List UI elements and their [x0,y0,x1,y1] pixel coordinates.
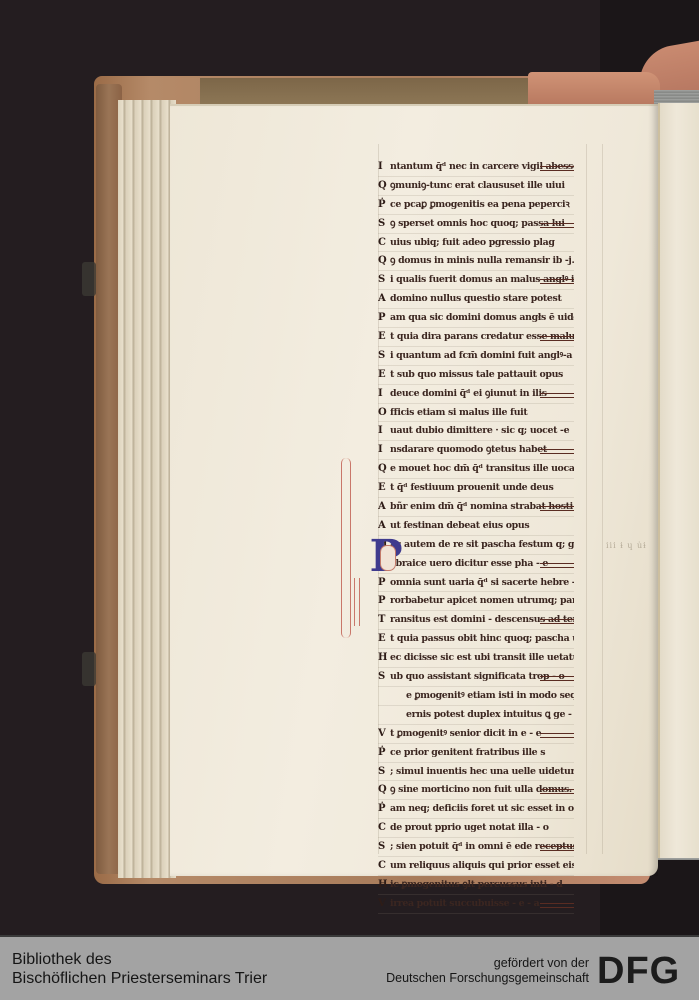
line-text: t sub quo missus tale pattauit opus [390,369,563,380]
institution-line-1: Bibliothek des [12,950,267,969]
line-initial-letter: C [378,857,390,875]
manuscript-line: Cum reliquus aliquis qui prior esset eis… [378,857,574,876]
manuscript-line: Transitus est domini - descensus ad terr… [378,611,574,630]
line-filler-stroke [540,223,574,228]
manuscript-line: S; simul inuentis hec una uelle uidetur [378,763,574,782]
binding-top-band [200,78,530,104]
attribution-banner: Bibliothek des Bischöflichen Priestersem… [0,935,699,1000]
pen-flourish [354,578,360,626]
line-text: nsdarare quomodo ꝯtetus habet [390,444,547,455]
manuscript-line: Hic ꝑmogenitus ꝯlt percussus inti - d [378,876,574,895]
line-text: um reliquus aliquis qui prior esset eis. [390,860,574,871]
manuscript-line: Virrea potuit succubuisse - e - a [378,895,574,914]
line-initial-letter: Ṗ [378,800,390,818]
line-initial-letter: Ṗ [378,196,390,214]
line-text: ꝯmuniꝯ-tunc erat claususet ille uiui [390,180,565,191]
line-initial-letter: V [378,725,390,743]
line-initial-letter: S [378,347,390,365]
line-text: ebraice uero dicitur esse pha - e [390,558,548,569]
line-text: rorbabetur apicet nomen utrumq; pares [390,595,574,606]
line-initial-letter: I [378,422,390,440]
line-initial-letter: P [378,592,390,610]
line-text: t quia passus obit hinc quoq; pascha uen… [390,633,574,644]
line-filler-stroke [540,506,574,511]
line-text: ub quo assistant significata trop - o [390,671,564,682]
line-initial-letter: A [378,290,390,308]
manuscript-line: ernis potest duplex intuitus ꝗ ge - i [378,706,574,725]
line-text: t ꝑmogenitꝰ senior dicit in e - e [390,728,541,739]
manuscript-line: Ṗce prior genitent fratribus ille s [378,744,574,763]
clasp-icon [82,652,96,686]
line-text: omnia sunt uaria q̄ᵈ si sacerte hebre - … [390,577,574,588]
manuscript-line: Pam qua sic domini domus angłs ē uidetᵘʳ [378,309,574,328]
manuscript-line: Qe mouet hoc dm̄ q̄ᵈ transitus ille uoca… [378,460,574,479]
manuscript-line: Sꝯ sperset omnis hoc quoq; passa lui [378,215,574,234]
line-filler-stroke [540,449,574,454]
line-initial-letter: E [378,630,390,648]
line-initial-letter: P [378,309,390,327]
line-initial-letter: S [378,838,390,856]
line-initial-letter: E [378,366,390,384]
manuscript-line: Vt ꝑmogenitꝰ senior dicit in e - e [378,725,574,744]
manuscript-line: Insdarare quomodo ꝯtetus habet [378,441,574,460]
line-text: ac autem de re sit pascha festum q; gre … [390,539,574,550]
clasp-icon [82,262,96,296]
line-text: domino nullus questio stare potest [390,293,561,304]
line-initial-letter: H [378,876,390,894]
line-text: t q̄ᵈ festiuum prouenit unde deus [390,482,553,493]
line-text: uaut dubio dimittere · sic q; uocet -e [390,425,569,436]
line-text: ce prior genitent fratribus ille s [390,747,545,758]
manuscript-line: Pomnia sunt uaria q̄ᵈ si sacerte hebre -… [378,574,574,593]
line-initial-letter: S [378,215,390,233]
line-text: ernis potest duplex intuitus ꝗ ge - i [406,709,574,720]
page-stack [118,100,176,878]
manuscript-scan: Intantum q̄ᵈ nec in carcere vigil abesse… [0,0,699,935]
line-initial-letter: I [378,385,390,403]
line-initial-letter: O [378,404,390,422]
manuscript-line: e ꝑmogenitꝰ etiam isti in modo sequentes [378,687,574,706]
line-initial-letter: Q [378,252,390,270]
gutter-shadow [648,104,658,876]
line-initial-letter: S [378,668,390,686]
manuscript-line: Et quia dira parans credatur esse malus [378,328,574,347]
line-initial-letter: E [378,479,390,497]
line-initial-letter: T [378,611,390,629]
manuscript-line: Officis etiam si malus ille fuit [378,404,574,423]
line-text: uius ubiq; fuit adeo pgressio plag [390,237,555,248]
funding-line-2: Deutschen Forschungsgemeinschaft [386,971,589,986]
line-text: e mouet hoc dm̄ q̄ᵈ transitus ille uocat… [390,463,574,474]
manuscript-line: Si quantum ad fcm̄ domini fuit anglꝰ-a a… [378,347,574,366]
line-initial-letter: V [378,895,390,913]
manuscript-line: Qꝯmuniꝯ-tunc erat claususet ille uiui [378,177,574,196]
line-text: ut festinan debeat eius opus [390,520,529,531]
line-text: am neq; deficiis foret ut sic esset in o… [390,803,574,814]
manuscript-line: Si qualis fuerit domus an malus anglꝰ il… [378,271,574,290]
line-initial-letter: Q [378,781,390,799]
manuscript-line: Ideuce domini q̄ᵈ ei ꝯiunut in ilis [378,385,574,404]
manuscript-line: Et sub quo missus tale pattauit opus [378,366,574,385]
manuscript-line: S; sien potuit q̄ᵈ in omni ē ede receptu… [378,838,574,857]
line-filler-stroke [540,733,574,738]
line-filler-stroke [540,619,574,624]
ruling-line [602,144,603,854]
line-initial-letter: A [378,498,390,516]
manuscript-line: Adomino nullus questio stare potest [378,290,574,309]
line-filler-stroke [540,393,574,398]
line-initial-letter: E [378,328,390,346]
manuscript-line: Cde prout pprio uget notat illa - o [378,819,574,838]
line-text: am qua sic domini domus angłs ē uidetᵘʳ [390,312,574,323]
line-initial-letter: C [378,234,390,252]
line-text: ; simul inuentis hec una uelle uidetur [390,766,574,777]
manuscript-line: Qꝯ domus in minis nulla remansir ib -j. [378,252,574,271]
line-filler-stroke [540,903,574,908]
line-text: ꝯ domus in minis nulla remansir ib -j. [390,255,574,266]
line-filler-stroke [540,846,574,851]
manuscript-line: Cuius ubiq; fuit adeo pgressio plag [378,234,574,253]
dfg-logo-icon: DFG [597,955,680,988]
line-initial-letter: S [378,271,390,289]
line-initial-letter: Q [378,460,390,478]
manuscript-line: Iuaut dubio dimittere · sic q; uocet -e [378,422,574,441]
line-filler-stroke [540,563,574,568]
ruling-line [586,144,587,854]
line-text: fficis etiam si malus ille fuit [390,407,527,418]
manuscript-line: Aut festinan debeat eius opus [378,517,574,536]
manuscript-line: Prorbabetur apicet nomen utrumq; pares [378,592,574,611]
line-filler-stroke [540,336,574,341]
line-filler-stroke [540,166,574,171]
pen-flourish [341,458,351,638]
manuscript-line: Ṗce pcaꝑ ꝑmogenitis ea pena peperciꝛ [378,196,574,215]
line-text: ec dicisse sic est ubi transit ille ueta… [390,652,574,663]
line-text: irrea potuit succubuisse - e - a [390,898,539,909]
line-initial-letter: H [378,649,390,667]
line-filler-stroke [540,279,574,284]
manuscript-line: Hac autem de re sit pascha festum q; gre… [378,536,574,555]
manuscript-line: Hebraice uero dicitur esse pha - e [378,555,574,574]
manuscript-line: Sub quo assistant significata trop - o [378,668,574,687]
line-initial-letter: C [378,819,390,837]
line-text: de prout pprio uget notat illa - o [390,822,549,833]
line-initial-letter: S [378,763,390,781]
line-text: ꝯ sperset omnis hoc quoq; passa lui [390,218,565,229]
line-initial-letter: Q [378,177,390,195]
line-text: i quantum ad fcm̄ domini fuit anglꝰ-a au… [390,350,574,361]
line-text: ic ꝑmogenitus ꝯlt percussus inti - d [390,879,562,890]
manuscript-line: Intantum q̄ᵈ nec in carcere vigil abesse… [378,158,574,177]
line-filler-stroke [540,789,574,794]
text-column: Intantum q̄ᵈ nec in carcere vigil abesse… [378,158,574,914]
manuscript-line: Qꝯ sine morticino non fuit ulla domus. [378,781,574,800]
line-initial-letter: Ṗ [378,744,390,762]
line-filler-stroke [540,676,574,681]
line-text: deuce domini q̄ᵈ ei ꝯiunut in ilis [390,388,547,399]
initial-infill [380,545,396,571]
facing-page [658,103,699,858]
line-text: e ꝑmogenitꝰ etiam isti in modo sequentes [406,690,574,701]
line-text: ce pcaꝑ ꝑmogenitis ea pena peperciꝛ [390,199,569,210]
line-initial-letter: I [378,158,390,176]
manuscript-line: Et quia passus obit hinc quoq; pascha ue… [378,630,574,649]
manuscript-line: Et q̄ᵈ festiuum prouenit unde deus [378,479,574,498]
line-initial-letter: I [378,441,390,459]
marginal-note: iii ɨ ɥ u̇ɨ [606,541,647,550]
institution-line-2: Bischöflichen Priesterseminars Trier [12,969,267,988]
institution-name: Bibliothek des Bischöflichen Priestersem… [12,950,267,988]
funding-line-1: gefördert von der [386,956,589,971]
manuscript-line: Hec dicisse sic est ubi transit ille uet… [378,649,574,668]
binding-top-right [528,72,660,104]
manuscript-line: Abñr enim dm̄ q̄ᵈ nomina strabat hosti [378,498,574,517]
funding-note: gefördert von der Deutschen Forschungsge… [386,956,589,986]
manuscript-line: Ṗam neq; deficiis foret ut sic esset in … [378,800,574,819]
